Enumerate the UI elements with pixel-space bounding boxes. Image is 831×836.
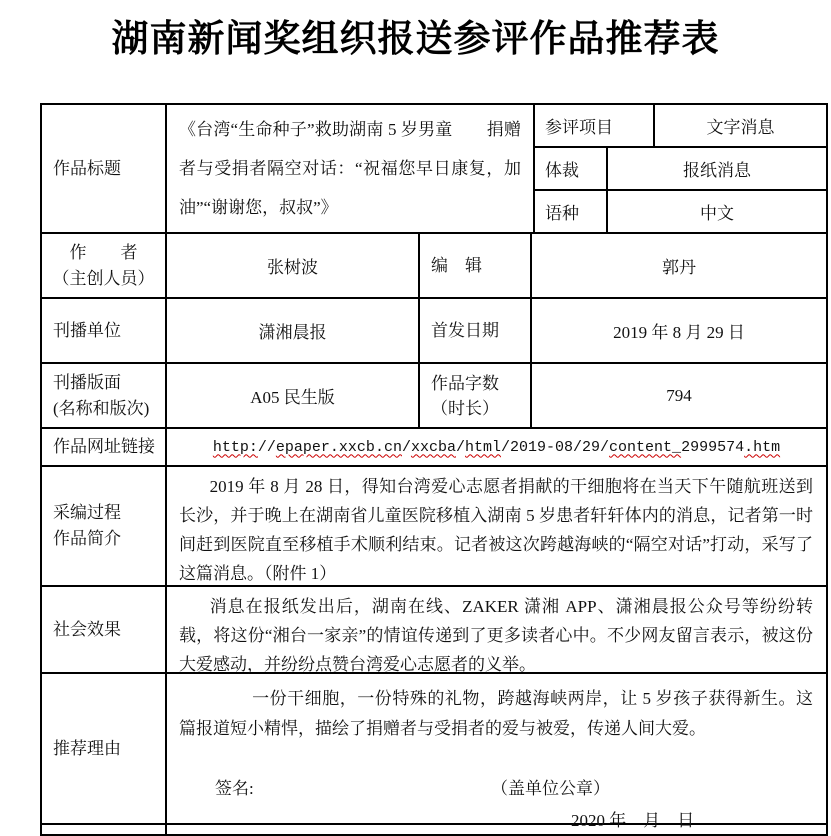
signature-row: 签名: （盖单位公章）	[179, 774, 813, 800]
publisher-value: 潇湘晨报	[167, 299, 420, 362]
entry-category-label: 参评项目	[535, 105, 655, 146]
language-label: 语种	[535, 191, 608, 232]
editor-value: 郭丹	[532, 234, 826, 297]
official-seal-note: （盖单位公章）	[491, 774, 610, 799]
author-label: 作 者 （主创人员）	[42, 234, 167, 297]
document-page: 湖南新闻奖组织报送参评作品推荐表 作品标题 《台湾“生命种子”救助湖南 5 岁男…	[0, 0, 831, 836]
word-count-value: 794	[532, 364, 826, 427]
page-title: 湖南新闻奖组织报送参评作品推荐表	[0, 8, 831, 62]
signature-label: 签名:	[215, 774, 254, 799]
publisher-label: 刊播单位	[42, 299, 167, 362]
entry-category-value: 文字消息	[655, 105, 826, 146]
row-section-wordcount: 刊播版面 (名称和版次) A05 民生版 作品字数 （时长） 794	[42, 364, 826, 429]
row-url: 作品网址链接 http://epaper.xxcb.cn/xxcba/html/…	[42, 429, 826, 467]
language-value: 中文	[608, 191, 826, 232]
work-title-value: 《台湾“生命种子”救助湖南 5 岁男童 捐赠者与受捐者隔空对话：“祝福您早日康复…	[167, 105, 535, 232]
word-count-label: 作品字数 （时长）	[420, 364, 532, 427]
genre-value: 报纸消息	[608, 148, 826, 189]
row-recommendation: 推荐理由 一份干细胞，一份特殊的礼物，跨越海峡两岸，让 5 岁孩子获得新生。这篇…	[42, 674, 826, 825]
editor-label: 编 辑	[420, 234, 532, 297]
social-effect-value: 消息在报纸发出后，湖南在线、ZAKER 潇湘 APP、潇湘晨报公众号等纷纷转载，…	[167, 587, 826, 672]
page-section-value: A05 民生版	[167, 364, 420, 427]
row-social-effect: 社会效果 消息在报纸发出后，湖南在线、ZAKER 潇湘 APP、潇湘晨报公众号等…	[42, 587, 826, 674]
category-block: 参评项目 文字消息 体裁 报纸消息 语种 中文	[535, 105, 826, 232]
row-work-title: 作品标题 《台湾“生命种子”救助湖南 5 岁男童 捐赠者与受捐者隔空对话：“祝福…	[42, 105, 826, 234]
row-publisher-date: 刊播单位 潇湘晨报 首发日期 2019 年 8 月 29 日	[42, 299, 826, 364]
work-title-label: 作品标题	[42, 105, 167, 232]
author-value: 张树波	[167, 234, 420, 297]
row-genre: 体裁 报纸消息	[535, 148, 826, 191]
process-intro-value: 2019 年 8 月 28 日，得知台湾爱心志愿者捐献的干细胞将在当天下午随航班…	[167, 467, 826, 585]
process-intro-label: 采编过程 作品简介	[42, 467, 167, 585]
recommendation-label: 推荐理由	[42, 674, 167, 823]
publish-date-value: 2019 年 8 月 29 日	[532, 299, 826, 362]
genre-label: 体裁	[535, 148, 608, 189]
page-section-label: 刊播版面 (名称和版次)	[42, 364, 167, 427]
partial-next-label	[42, 825, 167, 834]
recommendation-form-table: 作品标题 《台湾“生命种子”救助湖南 5 岁男童 捐赠者与受捐者隔空对话：“祝福…	[40, 103, 828, 836]
work-url-label: 作品网址链接	[42, 429, 167, 465]
row-author-editor: 作 者 （主创人员） 张树波 编 辑 郭丹	[42, 234, 826, 299]
date-row: 2020 年 月 日	[179, 806, 813, 832]
work-url-link[interactable]: http://epaper.xxcb.cn/xxcba/html/2019-08…	[167, 429, 826, 465]
recommendation-text: 一份干细胞，一份特殊的礼物，跨越海峡两岸，让 5 岁孩子获得新生。这篇报道短小精…	[179, 684, 813, 744]
row-language: 语种 中文	[535, 191, 826, 232]
row-process-intro: 采编过程 作品简介 2019 年 8 月 28 日，得知台湾爱心志愿者捐献的干细…	[42, 467, 826, 587]
signature-date: 2020 年 月 日	[571, 806, 694, 831]
social-effect-label: 社会效果	[42, 587, 167, 672]
publish-date-label: 首发日期	[420, 299, 532, 362]
recommendation-value-cell: 一份干细胞，一份特殊的礼物，跨越海峡两岸，让 5 岁孩子获得新生。这篇报道短小精…	[167, 674, 826, 823]
row-entry-category: 参评项目 文字消息	[535, 105, 826, 148]
